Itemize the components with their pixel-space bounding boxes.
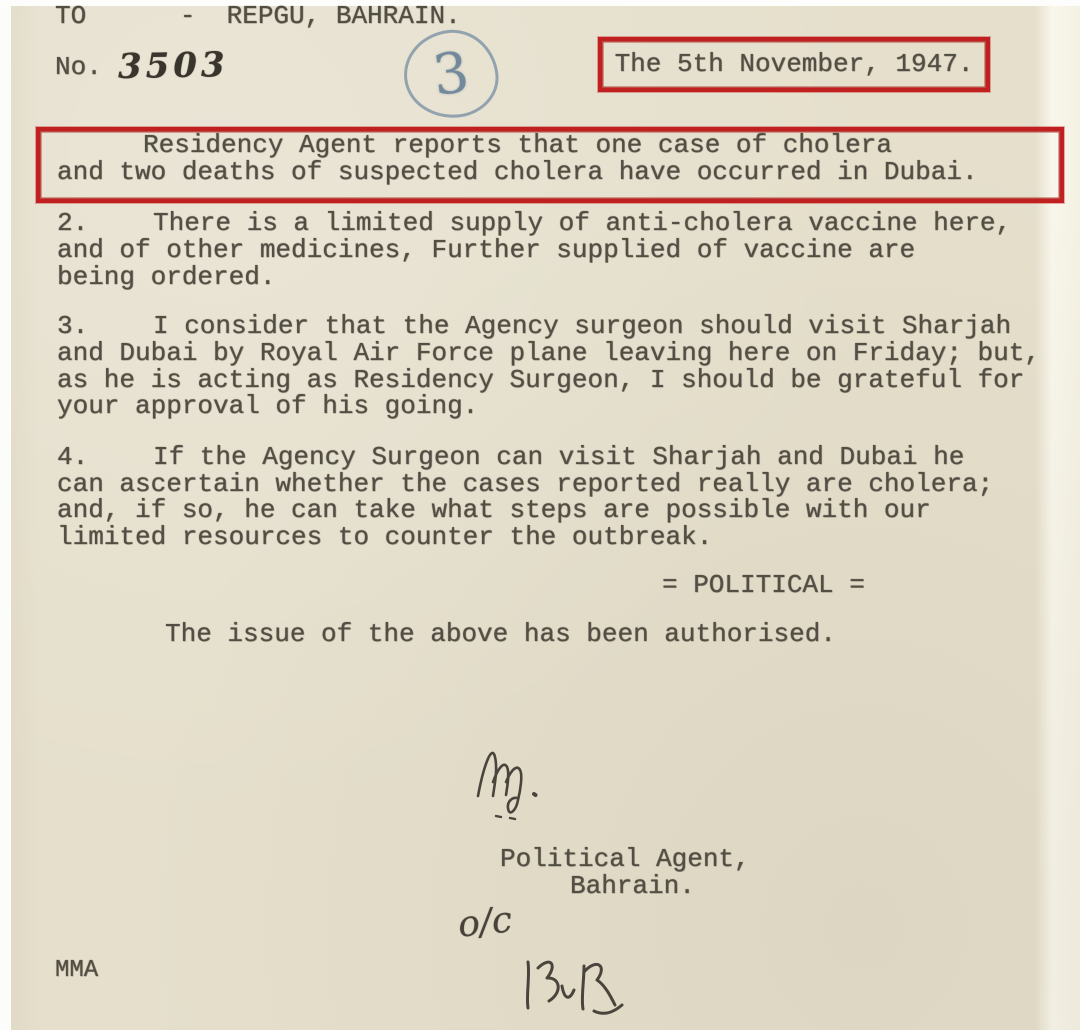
- scanned-document-page: TO - REPGU, BAHRAIN. No. 3503 3 The 5th …: [0, 0, 1080, 1030]
- para1-line2: and two deaths of suspected cholera have…: [57, 159, 978, 186]
- to-line: TO - REPGU, BAHRAIN.: [55, 3, 461, 30]
- para3-line3: as he is acting as Residency Surgeon, I …: [57, 367, 1024, 394]
- para3-line4: your approval of his going.: [57, 393, 478, 420]
- signature-title: Political Agent,: [500, 846, 750, 873]
- document-number-handwritten: 3503: [118, 45, 229, 87]
- typist-initials: MMA: [55, 957, 98, 984]
- date-line: The 5th November, 1947.: [615, 51, 974, 78]
- para4-line4: limited resources to counter the outbrea…: [57, 524, 712, 551]
- para2-line3: being ordered.: [57, 264, 275, 291]
- oc-annotation-handwritten: o/c: [456, 899, 514, 945]
- para4-line3: and, if so, he can take what steps are p…: [57, 497, 931, 524]
- para1-line1: Residency Agent reports that one case of…: [143, 132, 892, 159]
- para4-line1: 4.If the Agency Surgeon can visit Sharja…: [57, 444, 964, 471]
- political-marker: = POLITICAL =: [662, 572, 865, 599]
- para2-line2: and of other medicines, Further supplied…: [57, 237, 915, 264]
- para3-line1: 3.I consider that the Agency surgeon sho…: [57, 313, 1011, 340]
- circled-page-number-stamp: 3: [399, 25, 503, 124]
- para3-line2: and Dubai by Royal Air Force plane leavi…: [57, 340, 1040, 367]
- document-number-label: No.: [55, 54, 102, 81]
- countersignature-handwritten: [518, 948, 633, 1020]
- para4-number: 4.: [57, 444, 153, 471]
- para3-number: 3.: [57, 313, 153, 340]
- scan-edge-left: [0, 0, 11, 1030]
- signature-place: Bahrain.: [570, 873, 695, 900]
- para2-line1: 2.There is a limited supply of anti-chol…: [57, 210, 1011, 237]
- signature-handwritten: [468, 732, 598, 827]
- circled-page-number: 3: [429, 40, 472, 109]
- para4-line2: can ascertain whether the cases reported…: [57, 471, 993, 498]
- date-highlight-box: The 5th November, 1947.: [598, 37, 990, 92]
- para2-number: 2.: [57, 210, 153, 237]
- authorisation-line: The issue of the above has been authoris…: [165, 621, 836, 648]
